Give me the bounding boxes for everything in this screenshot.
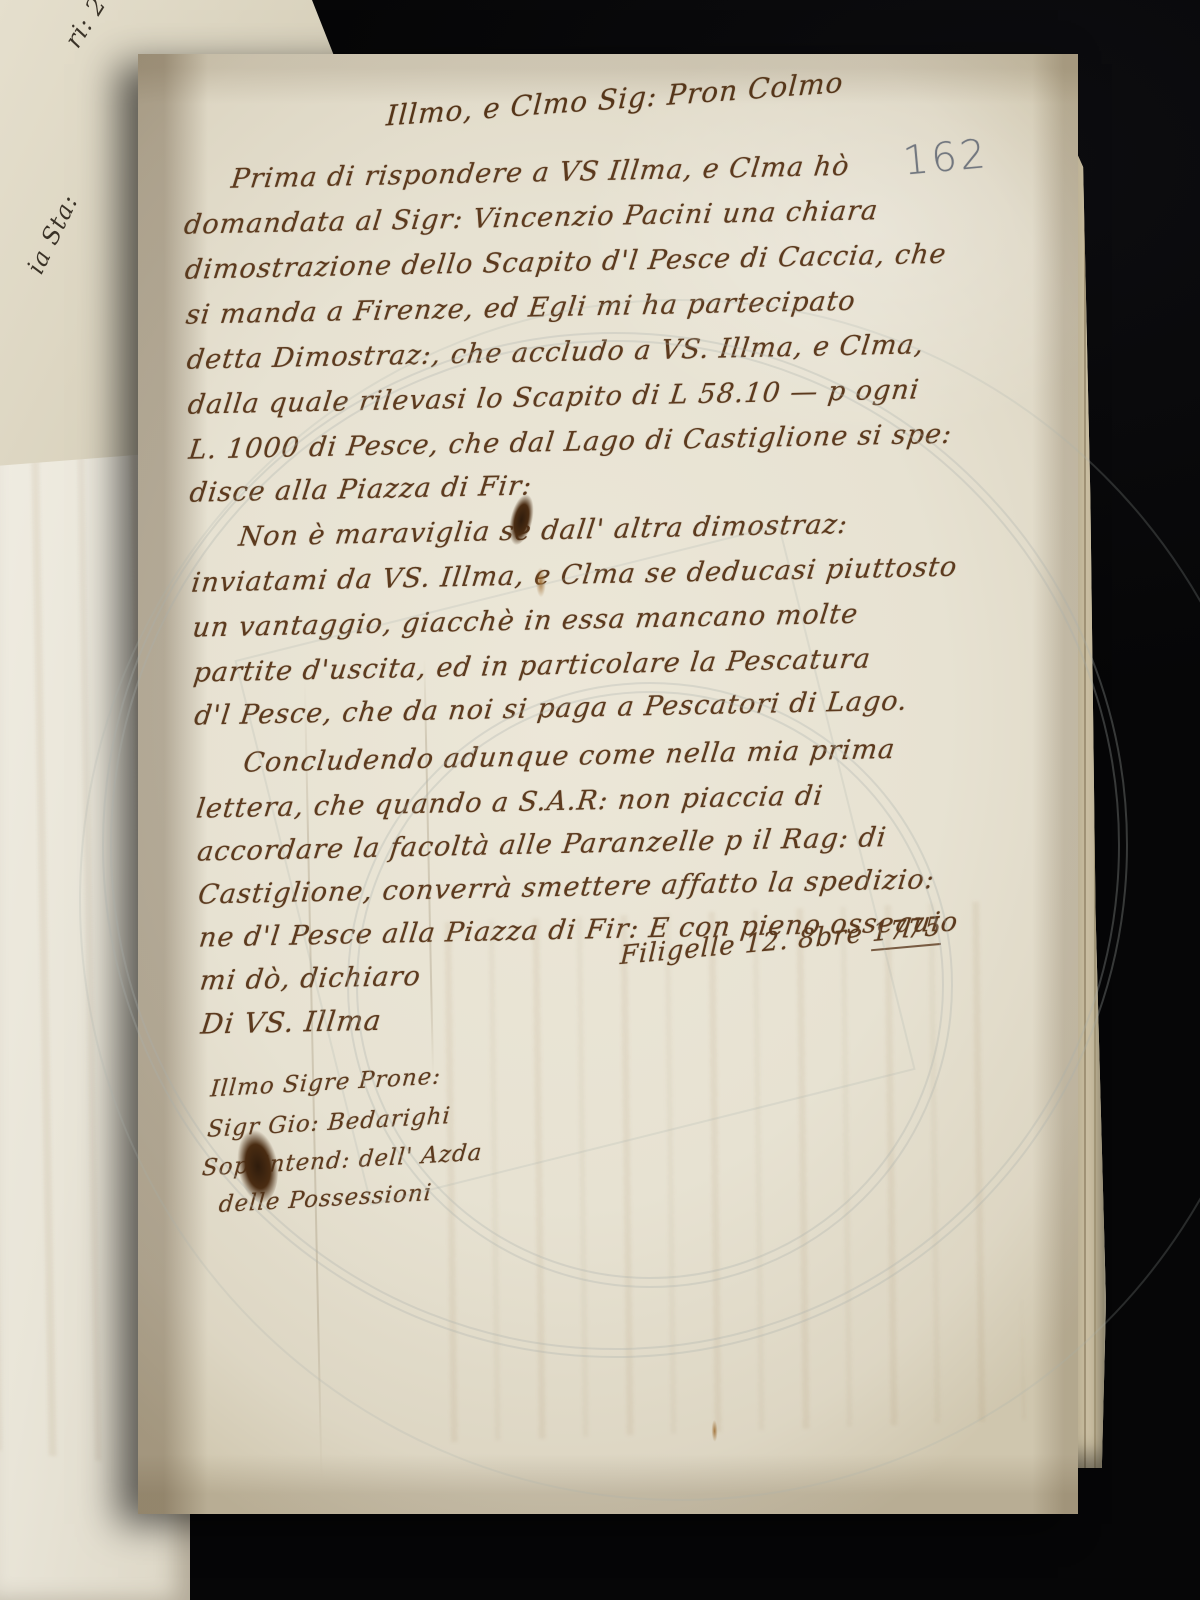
body-line: dimostrazione dello Scapito d'l Pesce di… bbox=[184, 241, 949, 284]
closing-line: Di VS. Illma bbox=[199, 1007, 383, 1039]
address-line: Illmo Sigre Prone: bbox=[209, 1065, 442, 1101]
body-line: Concludendo adunque come nella mia prima bbox=[242, 736, 897, 777]
body-line: dalla quale rilevasi lo Scapito di L 58.… bbox=[186, 376, 921, 418]
body-line: si manda a Firenze, ed Egli mi ha partec… bbox=[184, 288, 857, 329]
body-line: lettera, che quando a S.A.R: non piaccia… bbox=[195, 782, 825, 822]
photo-background: ri: 2 rata 30. ia Sta: 162 Illmo, e Clmo… bbox=[0, 0, 1200, 1600]
body-line: Prima di rispondere a VS Illma, e Clma h… bbox=[230, 153, 851, 193]
body-line: L. 1000 di Pesce, che dal Lago di Castig… bbox=[187, 421, 953, 464]
salutation-line: Illmo, e Clmo Sig: Pron Colmo bbox=[385, 69, 844, 131]
body-line: un vantaggio, giacchè in essa mancano mo… bbox=[191, 601, 860, 642]
body-line: domandata al Sigr: Vincenzio Pacini una … bbox=[183, 197, 880, 239]
margin-fragment: ri: 2 bbox=[59, 0, 112, 53]
body-line: accordare la facoltà alle Paranzelle p i… bbox=[196, 824, 888, 866]
body-line: Non è maraviglia se dall' altra dimostra… bbox=[237, 511, 849, 551]
manuscript-page: 162 Illmo, e Clmo Sig: Pron Colmo Prima … bbox=[138, 54, 1078, 1514]
body-line: detta Dimostraz:, che accludo a VS. Illm… bbox=[185, 331, 925, 374]
bleedthrough-texture-main bbox=[406, 900, 1026, 1443]
body-line: inviatami da VS. Illma, e Clma se deduca… bbox=[190, 554, 959, 597]
page-number: 162 bbox=[901, 131, 990, 185]
body-line: d'l Pesce, che da noi si paga a Pescator… bbox=[193, 688, 909, 730]
margin-fragment: ia Sta: bbox=[21, 190, 83, 279]
body-line: disce alla Piazza di Fir: bbox=[188, 472, 534, 506]
body-line: partite d'uscita, ed in particolare la P… bbox=[192, 645, 872, 686]
